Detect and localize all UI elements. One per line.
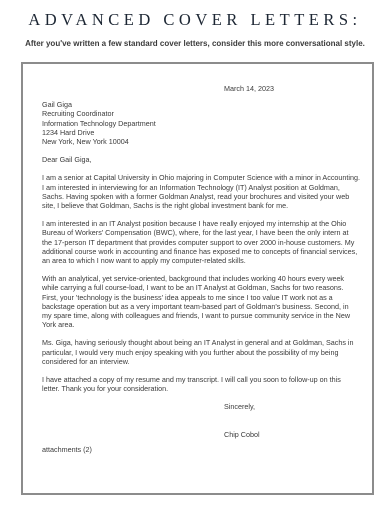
page-title: ADVANCED COVER LETTERS: xyxy=(0,10,390,30)
body-paragraph-3: With an analytical, yet service-oriented… xyxy=(42,274,360,329)
recipient-city: New York, New York 10004 xyxy=(42,137,360,146)
page-subtitle: After you've written a few standard cove… xyxy=(0,39,390,48)
recipient-title: Recruiting Coordinator xyxy=(42,109,360,118)
recipient-department: Information Technology Department xyxy=(42,119,360,128)
letter-page: March 14, 2023 Gail Giga Recruiting Coor… xyxy=(21,62,374,495)
signature-name: Chip Cobol xyxy=(224,430,360,439)
recipient-address: Gail Giga Recruiting Coordinator Informa… xyxy=(42,100,360,146)
body-paragraph-4: Ms. Giga, having seriously thought about… xyxy=(42,338,360,366)
body-paragraph-5: I have attached a copy of my resume and … xyxy=(42,375,360,393)
attachments-note: attachments (2) xyxy=(42,445,360,454)
body-paragraph-1: I am a senior at Capital University in O… xyxy=(42,173,360,210)
closing-block: Sincerely, Chip Cobol xyxy=(224,402,360,438)
recipient-street: 1234 Hard Drive xyxy=(42,128,360,137)
recipient-name: Gail Giga xyxy=(42,100,360,109)
body-paragraph-2: I am interested in an IT Analyst positio… xyxy=(42,219,360,265)
closing-salutation: Sincerely, xyxy=(224,402,360,411)
letter-date: March 14, 2023 xyxy=(224,84,360,93)
signature-space xyxy=(224,412,360,430)
salutation: Dear Gail Giga, xyxy=(42,155,360,164)
page: ADVANCED COVER LETTERS: After you've wri… xyxy=(0,0,390,505)
